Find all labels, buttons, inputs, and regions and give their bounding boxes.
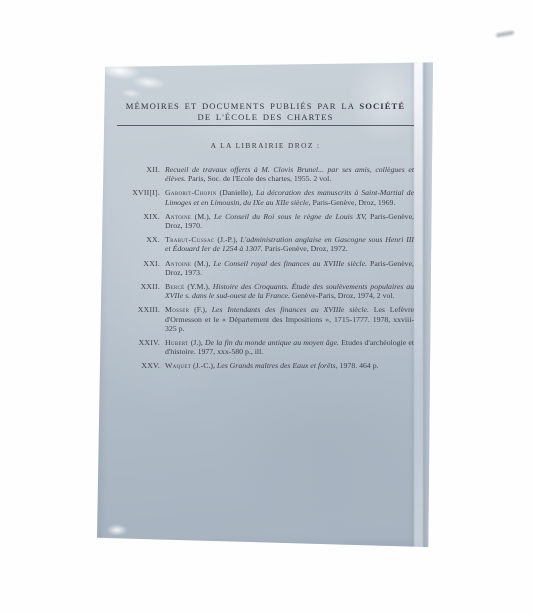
entry-text: (J.-C.), — [191, 361, 217, 370]
publication-entry: XXII.Bercé (Y.M.), Histoire des Croquant… — [117, 282, 414, 300]
entry-number: XXIII. — [117, 305, 160, 314]
entry-number: XXI. — [117, 259, 160, 268]
entry-author: Mosser — [165, 305, 189, 314]
entry-text: (Y.M.), — [184, 282, 212, 291]
photo-artifact-mark — [496, 30, 514, 37]
entry-text: (M.), — [191, 212, 214, 221]
publication-entry: XVII[I].Gaborit-Chopin (Danielle), La dé… — [117, 188, 414, 206]
entry-number: XXV. — [117, 361, 160, 370]
entry-number: XIX. — [117, 212, 160, 221]
entry-number: XVII[I]. — [117, 188, 160, 197]
publication-entry: XX.Trabut-Cussac (J.-P.), L'administrati… — [117, 235, 414, 253]
entry-text: (J.-P.), — [215, 235, 241, 244]
series-title-line2: DE L'ÉCOLE DES CHARTES — [117, 112, 414, 123]
entry-title: Les Intendants des finances au XVIIIe si… — [212, 305, 369, 314]
cover-wear-bottom-left — [102, 517, 146, 541]
series-title: MÉMOIRES ET DOCUMENTS PUBLIÉS PAR LA SOC… — [117, 101, 414, 122]
entry-author: Antoine — [165, 212, 191, 221]
publication-entry: XIX.Antoine (M.), Le Conseil du Roi sous… — [117, 212, 414, 230]
entry-author: Bercé — [165, 282, 184, 291]
photo-of-book-back-cover: MÉMOIRES ET DOCUMENTS PUBLIÉS PAR LA SOC… — [0, 0, 533, 614]
entry-title: Le Conseil royal des finances au XVIIIe … — [213, 259, 367, 268]
entry-author: Waquet — [165, 361, 191, 370]
entry-title: Le Conseil du Roi sous le règne de Louis… — [214, 212, 367, 221]
publication-list: XII.Recueil de travaux offerts à M. Clov… — [117, 165, 414, 371]
entry-text: (M.), — [191, 259, 213, 268]
book-back-cover: MÉMOIRES ET DOCUMENTS PUBLIÉS PAR LA SOC… — [97, 59, 434, 549]
entry-number: XXII. — [117, 282, 160, 291]
entry-text: (J.), — [189, 338, 205, 347]
publication-entry: XXIII.Mosser (F.), Les Intendants des fi… — [117, 305, 414, 333]
entry-text: Paris-Genève, Droz, 1969. — [311, 198, 396, 207]
series-title-line1-text: MÉMOIRES ET DOCUMENTS PUBLIÉS PAR LA — [126, 101, 355, 111]
entry-number: XX. — [117, 235, 160, 244]
entry-text: Paris-Genève, Droz, 1972. — [263, 244, 348, 253]
entry-text: Genève-Paris, Droz, 1974, 2 vol. — [290, 291, 395, 300]
publication-entry: XXIV.Hubert (J.), De la fin du monde ant… — [117, 338, 414, 356]
publication-entry: XXI.Antoine (M.), Le Conseil royal des f… — [117, 259, 414, 277]
header-rule — [117, 125, 414, 126]
publication-entry: XII.Recueil de travaux offerts à M. Clov… — [117, 165, 414, 183]
entry-number: XII. — [117, 165, 160, 174]
entry-title: De la fin du monde antique au moyen âge. — [205, 338, 339, 347]
entry-author: Trabut-Cussac — [165, 235, 215, 244]
imprint-line: A LA LIBRAIRIE DROZ : — [117, 141, 414, 150]
cover-content: MÉMOIRES ET DOCUMENTS PUBLIÉS PAR LA SOC… — [97, 59, 434, 371]
entry-author: Antoine — [165, 259, 191, 268]
series-title-line1-bold: SOCIÉTÉ — [359, 101, 405, 111]
publication-entry: XXV.Waquet (J.-C.), Les Grands maîtres d… — [117, 361, 414, 370]
entry-number: XXIV. — [117, 338, 160, 347]
series-title-line1: MÉMOIRES ET DOCUMENTS PUBLIÉS PAR LA SOC… — [117, 101, 414, 112]
entry-title: Les Grands maîtres des Eaux et forêts, — [217, 361, 338, 370]
entry-text: 1978. 464 p. — [338, 361, 379, 370]
entry-author: Hubert — [165, 338, 189, 347]
entry-text: (Danielle), — [217, 188, 256, 197]
entry-text: (F.), — [189, 305, 211, 314]
entry-text: Paris, Soc. de l'Ecole des chartes, 1955… — [186, 174, 331, 183]
entry-author: Gaborit-Chopin — [165, 188, 217, 197]
